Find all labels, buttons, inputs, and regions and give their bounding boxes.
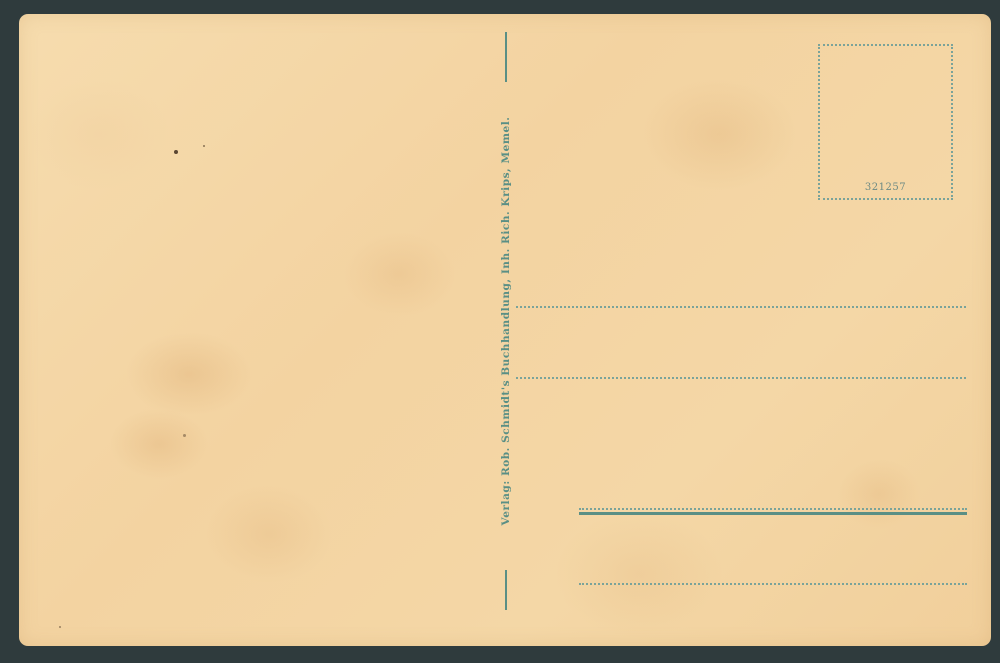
foxing-spot (183, 434, 186, 437)
divider: Verlag: Rob. Schmidt's Buchhandlung, Inh… (494, 32, 518, 610)
divider-line-top (505, 32, 507, 82)
address-line-3-dots (579, 508, 967, 510)
postcard-back: Verlag: Rob. Schmidt's Buchhandlung, Inh… (19, 14, 991, 646)
scene: Verlag: Rob. Schmidt's Buchhandlung, Inh… (0, 0, 1000, 663)
address-line-3-underline (579, 512, 967, 515)
foxing-spot (203, 145, 205, 147)
address-line-1 (516, 306, 966, 308)
address-line-2 (516, 377, 966, 379)
foxing-spot (174, 150, 178, 154)
foxing-spot (59, 626, 61, 628)
publisher-imprint: Verlag: Rob. Schmidt's Buchhandlung, Inh… (500, 116, 512, 525)
stamp-box: 321257 (818, 44, 953, 200)
divider-line-bottom (505, 570, 507, 610)
address-line-4 (579, 583, 967, 585)
serial-number: 321257 (820, 182, 951, 193)
